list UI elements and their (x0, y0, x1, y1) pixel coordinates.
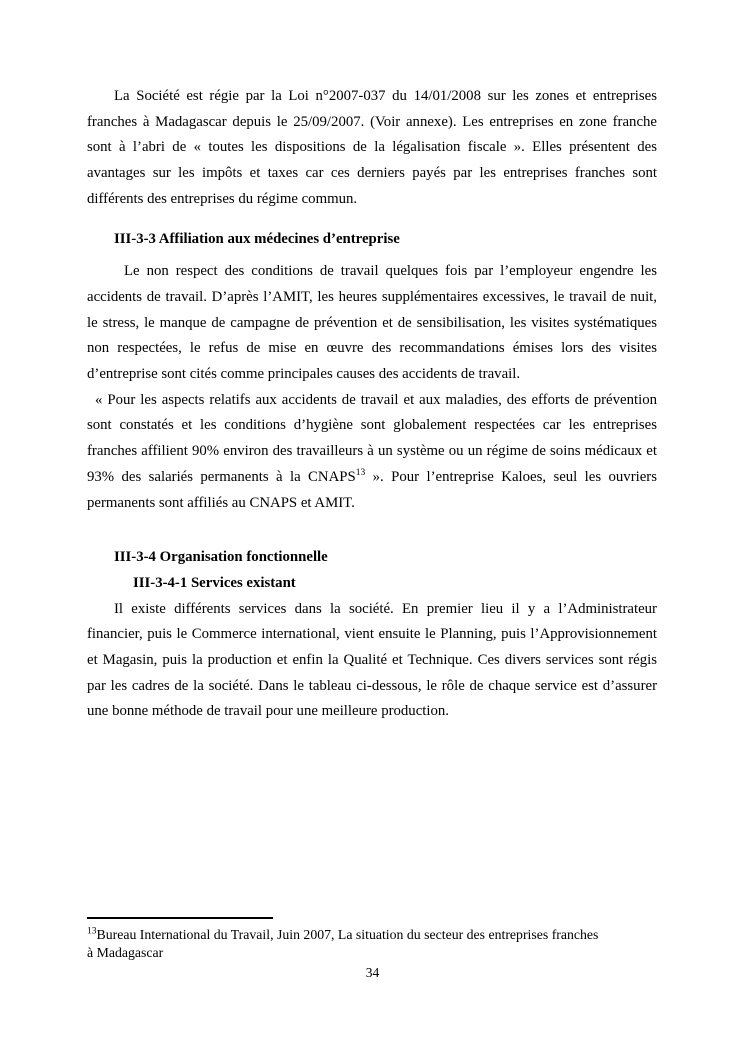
footnote-citation-line1: Bureau International du Travail, Juin 20… (97, 927, 599, 942)
footnote-reference-13: 13 (356, 468, 366, 478)
footnote-separator-line (87, 917, 273, 919)
section-heading-iii-3-3: III-3-3 Affiliation aux médecines d’entr… (87, 227, 657, 253)
paragraph-services: Il existe différents services dans la so… (87, 597, 657, 726)
paragraph-work-accidents: Le non respect des conditions de travail… (87, 259, 657, 388)
document-page: La Société est régie par la Loi n°2007-0… (0, 0, 745, 1053)
paragraph-company-law: La Société est régie par la Loi n°2007-0… (87, 84, 657, 213)
footnote-text: 13Bureau International du Travail, Juin … (87, 926, 665, 961)
footnote-block: 13Bureau International du Travail, Juin … (87, 917, 665, 961)
section-heading-iii-3-4-1: III-3-4-1 Services existant (87, 571, 657, 597)
section-heading-iii-3-4: III-3-4 Organisation fonctionnelle (87, 545, 657, 571)
body-text-block: La Société est régie par la Loi n°2007-0… (87, 84, 657, 725)
footnote-citation-line2: à Madagascar (87, 945, 163, 960)
footnote-marker-13: 13 (87, 926, 97, 936)
paragraph-quote-cnaps: « Pour les aspects relatifs aux accident… (87, 388, 657, 517)
page-number: 34 (0, 965, 745, 981)
